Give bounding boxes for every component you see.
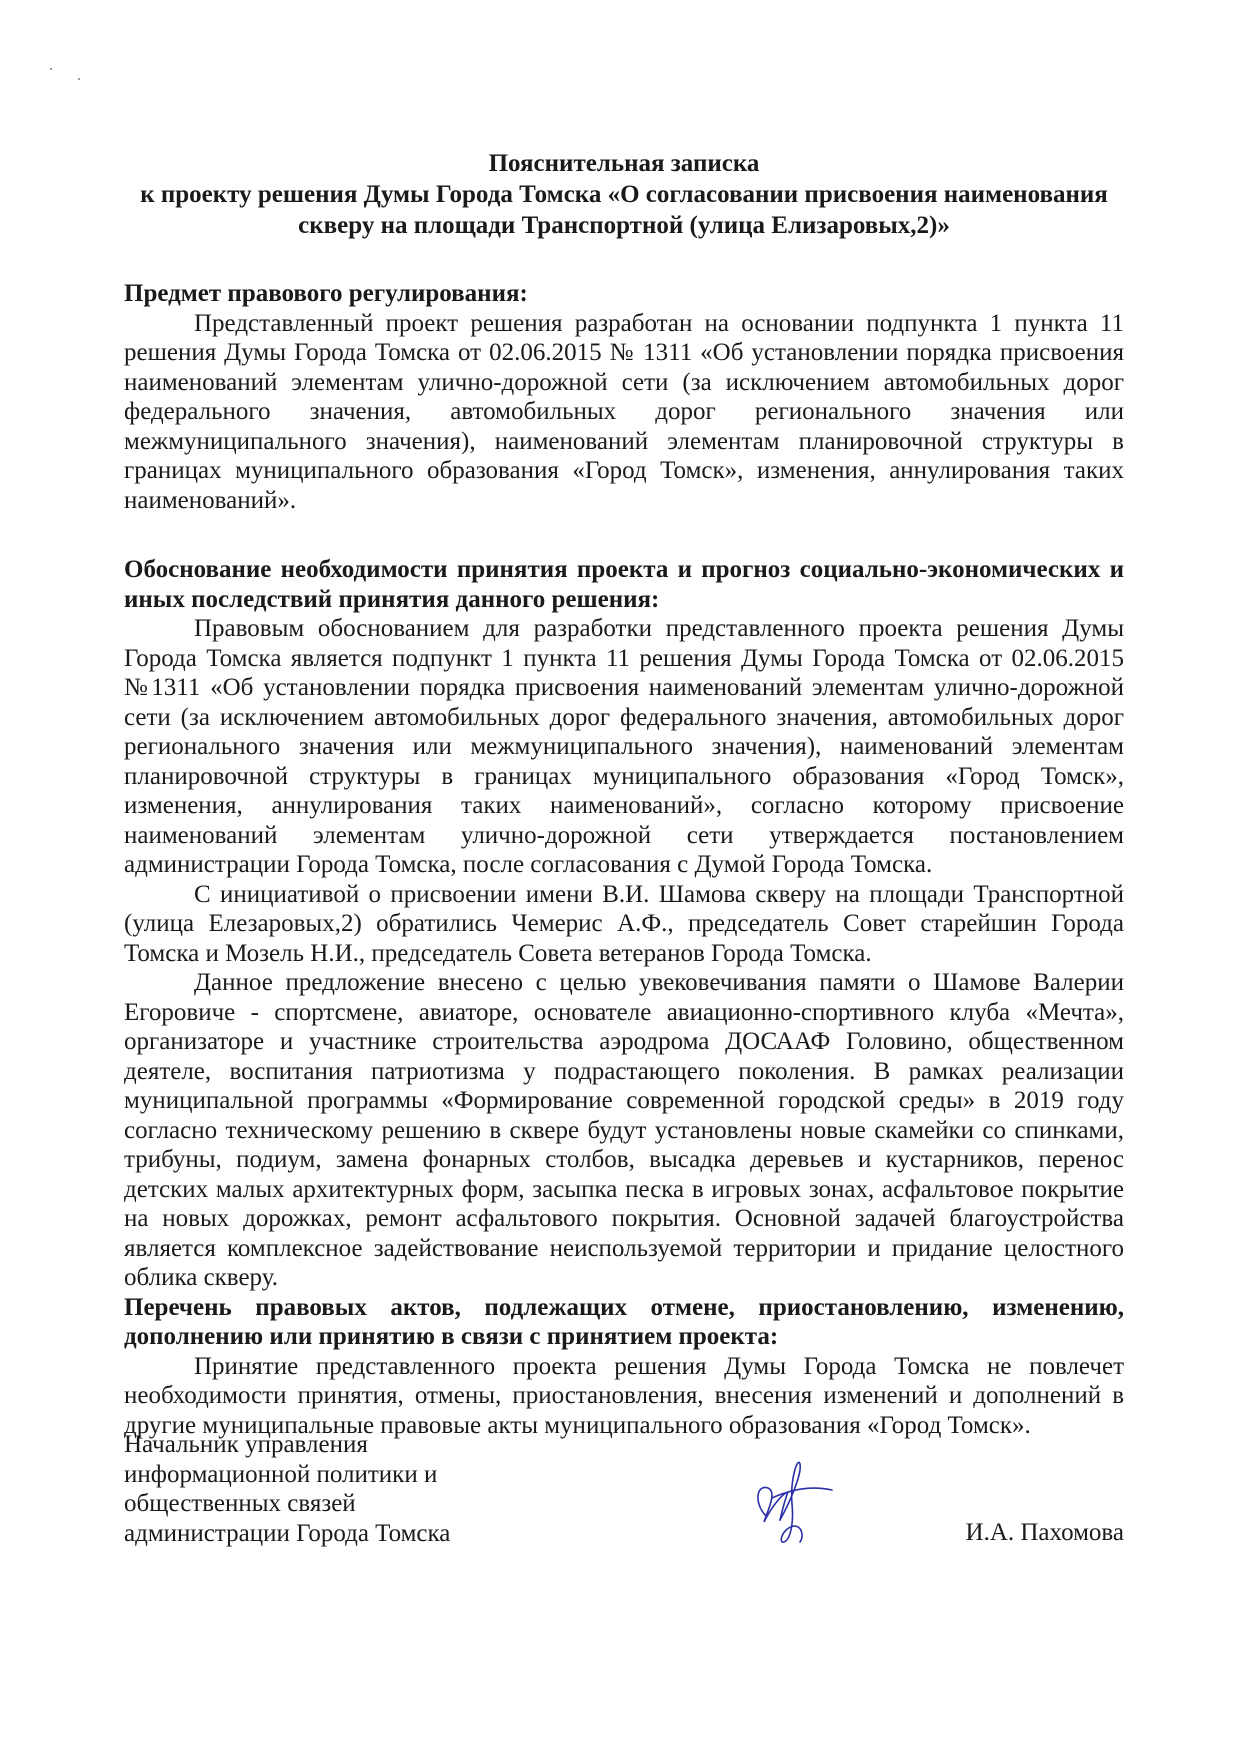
position-line: информационной политики и (124, 1460, 450, 1490)
section-legal-acts-list: Перечень правовых актов, подлежащих отме… (124, 1293, 1124, 1441)
document-page: Пояснительная записка к проекту решения … (124, 148, 1124, 1440)
signature-block: Начальник управления информационной поли… (124, 1430, 1124, 1570)
document-title: Пояснительная записка к проекту решения … (110, 148, 1138, 241)
section-justification: Обоснование необходимости принятия проек… (124, 555, 1124, 1293)
position-line: Начальник управления (124, 1430, 450, 1460)
paragraph: Представленный проект решения разработан… (124, 309, 1124, 516)
position-line: общественных связей (124, 1489, 450, 1519)
title-line: Пояснительная записка (110, 148, 1138, 179)
section-heading: Перечень правовых актов, подлежащих отме… (124, 1293, 1124, 1352)
section-legal-subject: Предмет правового регулирования: Предста… (124, 279, 1124, 515)
scan-specks (50, 68, 90, 88)
spacer (124, 241, 1124, 279)
signatory-position: Начальник управления информационной поли… (124, 1430, 450, 1548)
paragraph: Принятие представленного проекта решения… (124, 1352, 1124, 1441)
paragraph: Данное предложение внесено с целью увеко… (124, 968, 1124, 1293)
title-line: к проекту решения Думы Города Томска «О … (110, 179, 1138, 210)
scan-speck (78, 78, 80, 80)
paragraph: С инициативой о присвоении имени В.И. Ша… (124, 880, 1124, 969)
spacer (124, 515, 1124, 555)
section-heading: Предмет правового регулирования: (124, 279, 1124, 309)
signatory-name: И.А. Пахомова (966, 1518, 1124, 1548)
position-line: администрации Города Томска (124, 1519, 450, 1549)
section-heading: Обоснование необходимости принятия проек… (124, 555, 1124, 614)
handwritten-signature-icon (744, 1444, 844, 1554)
scan-speck (50, 68, 52, 70)
paragraph: Правовым обоснованием для разработки пре… (124, 614, 1124, 880)
title-line: скверу на площади Транспортной (улица Ел… (110, 210, 1138, 241)
